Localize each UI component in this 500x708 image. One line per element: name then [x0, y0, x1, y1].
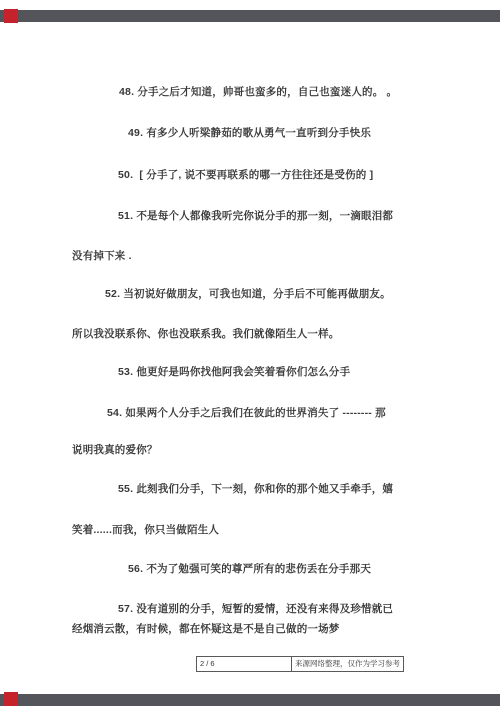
- quote-line-51: 51. 不是每个人都像我听完你说分手的那一刻，一滴眼泪都: [118, 210, 393, 222]
- red-marker-top-icon: [4, 9, 18, 23]
- quote-line-50: 50. [ 分手了, 说不要再联系的哪一方往往还是受伤的 ]: [118, 169, 373, 181]
- page-separator-top: [0, 10, 500, 22]
- quote-line-48: 48. 分手之后才知道，帅哥也蛮多的，自己也蛮迷人的。 。: [119, 86, 397, 98]
- quote-line-54: 54. 如果两个人分手之后我们在彼此的世界消失了 -------- 那: [107, 407, 386, 419]
- quote-line-57: 57. 没有道别的分手，短暂的爱情，还没有来得及珍惜就已: [118, 603, 393, 615]
- quote-line-57-cont: 经烟消云散，有时候，都在怀疑这是不是自己做的一场梦: [72, 623, 340, 635]
- quote-line-52-cont: 所以我没联系你、你也没联系我。我们就像陌生人一样。: [72, 328, 340, 340]
- page-separator-bottom: [0, 694, 500, 706]
- quote-line-55-cont: 笑着......而我，你只当做陌生人: [72, 524, 219, 536]
- footer-note: 来源网络整理，仅作为学习参考: [291, 657, 403, 671]
- quote-line-56: 56. 不为了勉强可笑的尊严所有的悲伤丢在分手那天: [128, 563, 371, 575]
- quote-line-55: 55. 此刻我们分手，下一刻，你和你的那个她又手牵手，嬉: [118, 483, 393, 495]
- quote-line-52: 52. 当初说好做朋友，可我也知道，分手后不可能再做朋友。: [105, 288, 391, 300]
- red-marker-bottom-icon: [4, 692, 18, 706]
- quote-line-53: 53. 他更好是吗你找他阿我会笑着看你们怎么分手: [118, 366, 350, 378]
- quote-line-54-cont: 说明我真的爱你？: [72, 444, 158, 456]
- quote-line-49: 49. 有多少人听梁静茹的歌从勇气一直听到分手快乐: [128, 127, 371, 139]
- document-page: 48. 分手之后才知道，帅哥也蛮多的，自己也蛮迷人的。 。 49. 有多少人听梁…: [0, 0, 500, 708]
- quote-line-51-cont: 没有掉下来 .: [72, 250, 132, 262]
- page-footer: 2 / 6 来源网络整理，仅作为学习参考: [196, 656, 404, 672]
- page-number: 2 / 6: [197, 657, 215, 671]
